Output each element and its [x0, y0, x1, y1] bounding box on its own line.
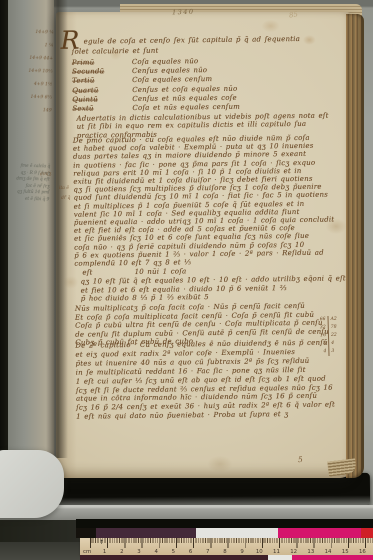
manuscript-photo: 14+9 ¼1 ¼14+9 44+14+9 10⅓4+9 1½14+9 6⅔14…: [0, 0, 373, 560]
marginal-figures: 66 A2 32 78 16 22 8 4 4 3: [314, 316, 344, 357]
book-shadow: [50, 473, 370, 507]
scribble-line: qʒ ſultū 14 pml̃: [11, 188, 49, 196]
marginal-note: dr̃ q̃: [61, 196, 70, 201]
ruler-cm-ticks: [90, 538, 373, 548]
color-patch-magenta: [292, 555, 373, 560]
paragraph-first-chapter: De p̃mo capitulo · cū coſa equales eſt n…: [73, 133, 335, 267]
figure-row: 4 3: [315, 348, 344, 357]
figure-right: 3: [328, 348, 344, 356]
color-patch-maroon: [80, 555, 268, 560]
paragraph-equation: qʒ 10 eſt ſūt q̃ eſt equales 10 eſt · 10…: [80, 274, 346, 303]
paragraph-second-chapter: De 2º capitulo · Cū cenſʒ equales ē nūo …: [75, 338, 335, 421]
color-patch-maroon: [96, 528, 196, 538]
book-support-foam: [0, 450, 64, 518]
working-gap: [93, 274, 135, 275]
folio-number-top: 1340: [172, 8, 195, 17]
color-patch-magenta: [278, 528, 361, 538]
rule-ordinal: Sextū: [72, 104, 132, 114]
scribble-group-bottom: ſme ē calcīa q̃qʒ · R 9 ſ ē nʒdmʒ de ſm …: [11, 162, 50, 202]
color-calibration-bar: [76, 528, 373, 538]
manuscript-text: R egule de coſa et cenſo ſex ſūt capitul…: [67, 22, 352, 455]
working-line: eſt10 nūi 1 coſa: [82, 267, 186, 276]
working-right: 10 nūi 1 coſa: [135, 267, 187, 276]
color-patch-white: [196, 528, 278, 538]
gutter-shadow: [46, 0, 68, 458]
quire-mark: 5: [298, 455, 304, 464]
figure-left: 4: [315, 348, 328, 356]
calibration-black-strip: [76, 519, 373, 528]
folio-number-corner: 85: [288, 10, 298, 19]
rule-clause: Coſa et nūs equales cenſum: [132, 103, 240, 114]
measurement-ruler: cm 12345678910111213141516: [80, 538, 373, 555]
marginal-note: dmſʒ: [40, 172, 52, 178]
rules-list: Primū Coſa equales nūo Secundū Cenſus eq…: [72, 57, 240, 114]
chapter-heading: egule de coſa et cenſo ſex ſūt capitula …: [72, 35, 301, 57]
bottom-left-surface: [0, 542, 80, 560]
text-line: 1 eſt nūs qui dato nūo p̃ueniebat · Prob…: [76, 410, 335, 422]
marginal-note: ita ē: [59, 186, 69, 191]
color-patch-red: [361, 528, 373, 538]
color-calibration-bottom-row: [80, 555, 373, 560]
heading-line: ſolet calcularie et ſunt: [72, 44, 301, 56]
text-line: complendū 10 eſt 7 qʒ 8 et ⅓: [74, 257, 335, 268]
scribble-line: et ē ſibi q̃ 9: [11, 195, 49, 203]
working-left: eſt: [82, 268, 92, 276]
color-patch-black: [76, 528, 96, 538]
color-patch-white: [268, 555, 292, 560]
ruler-arrow-marker: ↑: [99, 539, 104, 546]
